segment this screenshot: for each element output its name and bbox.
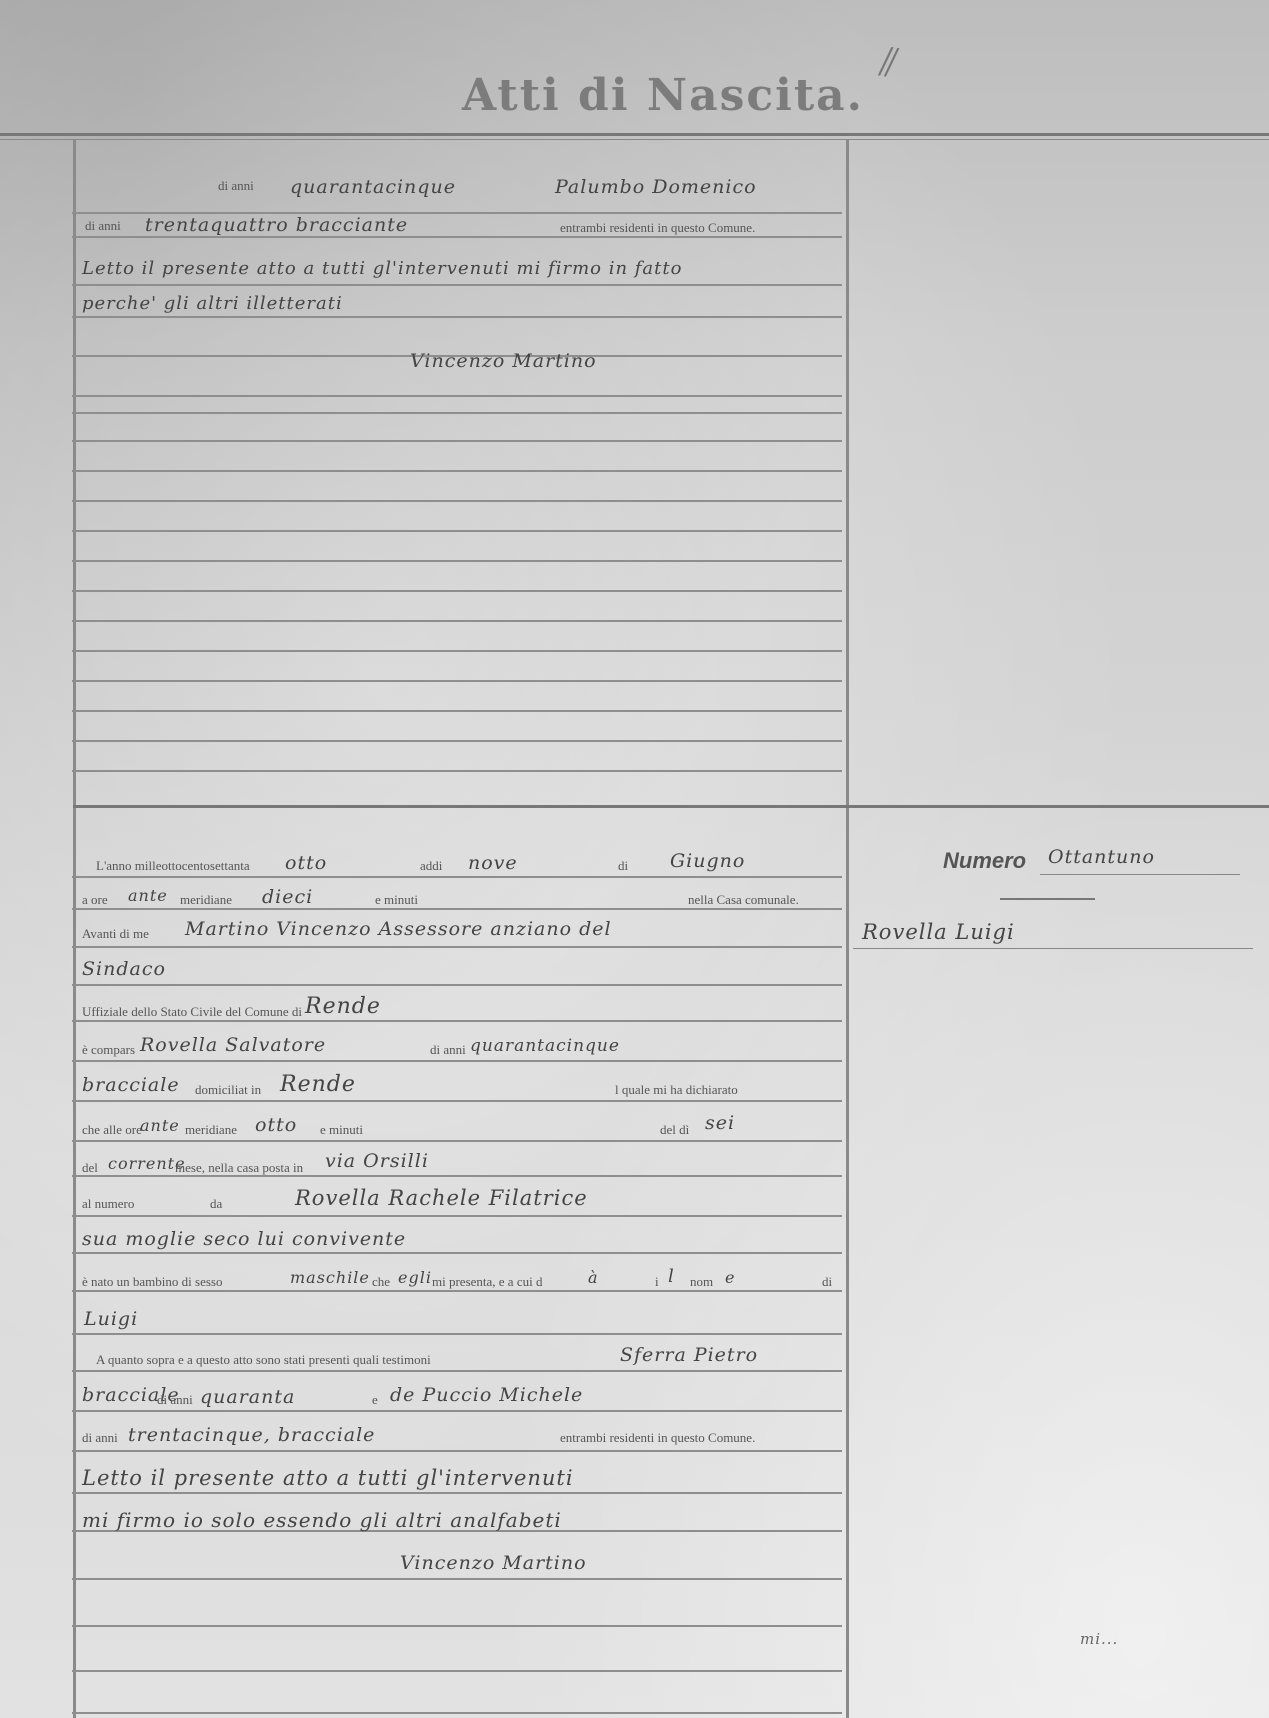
label-domicile: domiciliat in	[195, 1082, 261, 1098]
rule	[72, 1578, 842, 1580]
handwritten-witness-2: de Puccio Michele	[390, 1384, 583, 1406]
rule	[72, 236, 842, 238]
handwritten-domicile: Rende	[280, 1072, 356, 1097]
rule	[72, 908, 842, 910]
label-present-2: mi presenta, e a cui d	[432, 1274, 542, 1290]
label-birth-month: del	[82, 1160, 98, 1176]
handwritten-officer: Martino Vincenzo Assessore anziano del	[185, 918, 612, 940]
label-witness-2-age: di anni	[82, 1430, 118, 1446]
rule	[72, 770, 842, 772]
handwritten-birth-month: corrente	[108, 1154, 186, 1173]
rule	[72, 1625, 842, 1627]
handwritten-year: otto	[285, 852, 327, 874]
label-from: da	[210, 1196, 222, 1212]
handwritten-witness: Palumbo Domenico	[555, 176, 757, 198]
label-meridiano: meridiane	[180, 892, 232, 908]
handwritten-mother-2: sua moglie seco lui convivente	[82, 1228, 406, 1250]
label-age: di anni	[218, 178, 254, 194]
rule	[72, 1252, 842, 1254]
column-divider	[846, 140, 849, 1718]
label-witness-1-age: di anni	[157, 1392, 193, 1408]
label-name-2: nom	[690, 1274, 713, 1290]
handwritten-present: egli	[398, 1268, 432, 1287]
label-year: L'anno milleottocentosettanta	[96, 858, 250, 874]
handwritten-month: Giugno	[670, 850, 745, 872]
label-appeared: è compars	[82, 1042, 135, 1058]
rule	[72, 1370, 842, 1372]
label-day: addi	[420, 858, 442, 874]
handwritten-day: nove	[468, 852, 518, 874]
label-name-1: i	[655, 1274, 659, 1290]
handwritten-age: quarantacinque	[290, 176, 456, 198]
label-office: Uffiziale dello Stato Civile del Comune …	[82, 1004, 302, 1020]
handwritten-declarant-job: bracciale	[82, 1074, 180, 1096]
label-birth-day: del dì	[660, 1122, 689, 1138]
handwritten-margin-name: Rovella Luigi	[862, 920, 1015, 944]
rule	[72, 1140, 842, 1142]
label-residence: entrambi residenti in questo Comune.	[560, 1430, 755, 1446]
label-birth-hour: che alle ore	[82, 1122, 142, 1138]
handwritten-margin-note: mi...	[1080, 1630, 1118, 1648]
rule	[72, 1712, 842, 1714]
rule	[72, 710, 842, 712]
handwritten-house: via Orsilli	[325, 1150, 429, 1172]
label-and: e	[372, 1392, 378, 1408]
handwritten-present-2: à	[588, 1268, 599, 1287]
label-age: di anni	[85, 218, 121, 234]
handwritten-ampm: ante	[128, 886, 168, 905]
handwritten-declarant: Rovella Salvatore	[140, 1034, 326, 1056]
label-birth-minutes: e minuti	[320, 1122, 363, 1138]
handwritten-child-sex: maschile	[290, 1268, 370, 1287]
handwritten-birth-ampm: ante	[140, 1116, 180, 1135]
handwritten-hour: dieci	[262, 886, 313, 908]
rule	[72, 1333, 842, 1335]
label-number: al numero	[82, 1196, 134, 1212]
rule	[72, 1020, 842, 1022]
left-border	[73, 140, 76, 1718]
rule	[72, 530, 842, 532]
rule	[72, 946, 842, 948]
rule	[72, 1670, 842, 1672]
handwritten-child-name: Luigi	[84, 1308, 138, 1330]
handwritten-witness-1: Sferra Pietro	[620, 1344, 758, 1366]
handwritten-mother: Rovella Rachele Filatrice	[295, 1186, 588, 1210]
rule	[72, 740, 842, 742]
handwritten-closing-1: Letto il presente atto a tutti gl'interv…	[82, 1466, 574, 1490]
rule	[72, 1410, 842, 1412]
rule	[72, 984, 842, 986]
handwritten-birth-hour: otto	[255, 1114, 297, 1136]
handwritten-declarant-age: quarantacinque	[470, 1036, 620, 1056]
label-house: mese, nella casa posta in	[175, 1160, 303, 1176]
label-birth-meridiano: meridiane	[185, 1122, 237, 1138]
rule	[72, 1100, 842, 1102]
handwritten-closing-2: mi firmo io solo essendo gli altri analf…	[82, 1508, 562, 1532]
numero-underline	[1040, 874, 1240, 875]
rule	[72, 316, 842, 318]
handwritten-birth-day: sei	[705, 1112, 735, 1134]
label-before: Avanti di me	[82, 926, 149, 942]
record-divider	[73, 805, 1269, 808]
rule	[72, 590, 842, 592]
handwritten-comune: Rende	[305, 994, 381, 1019]
rule	[72, 1492, 842, 1494]
label-residence: entrambi residenti in questo Comune.	[560, 220, 755, 236]
signature: Vincenzo Martino	[410, 350, 597, 372]
rule	[72, 470, 842, 472]
numero-label: Numero	[943, 848, 1026, 874]
handwritten-name-e: e	[725, 1268, 735, 1287]
label-present: che	[372, 1274, 390, 1290]
rule	[72, 1450, 842, 1452]
label-child: è nato un bambino di sesso	[82, 1274, 222, 1290]
rule	[72, 620, 842, 622]
header-double-rule	[0, 133, 1269, 136]
rule	[72, 284, 842, 286]
rule	[72, 1215, 842, 1217]
handwritten-witness-1-age: quaranta	[200, 1386, 295, 1408]
label-declared: l quale mi ha dichiarato	[615, 1082, 738, 1098]
rule	[72, 1290, 842, 1292]
label-witnesses: A quanto sopra e a questo atto sono stat…	[96, 1352, 431, 1368]
rule	[72, 412, 842, 414]
handwritten-witness-2-age: trentacinque, bracciale	[128, 1424, 375, 1446]
signature: Vincenzo Martino	[400, 1552, 587, 1574]
rule	[72, 440, 842, 442]
handwritten-numero: Ottantuno	[1048, 846, 1155, 868]
label-hour: a ore	[82, 892, 108, 908]
numero-flourish	[1000, 898, 1095, 900]
rule	[72, 650, 842, 652]
handwritten-officer-2: Sindaco	[82, 958, 166, 980]
rule	[72, 500, 842, 502]
rule	[72, 560, 842, 562]
rule	[72, 1060, 842, 1062]
label-declarant-age: di anni	[430, 1042, 466, 1058]
handwritten-closing: Letto il presente atto a tutti gl'interv…	[82, 258, 682, 279]
rule	[72, 680, 842, 682]
handwritten-closing: perche' gli altri illetterati	[82, 293, 343, 314]
rule	[72, 876, 842, 878]
margin-name-rule	[853, 948, 1253, 949]
rule	[72, 395, 842, 397]
label-place: nella Casa comunale.	[688, 892, 799, 908]
handwritten-name-l: l	[668, 1266, 675, 1287]
page-title: Atti di Nascita.	[462, 70, 864, 121]
handwritten-age: trentaquattro bracciante	[145, 214, 408, 236]
label-minutes: e minuti	[375, 892, 418, 908]
label-name-3: di	[822, 1274, 832, 1290]
label-month: di	[618, 858, 628, 874]
header-double-rule-2	[0, 139, 1269, 140]
